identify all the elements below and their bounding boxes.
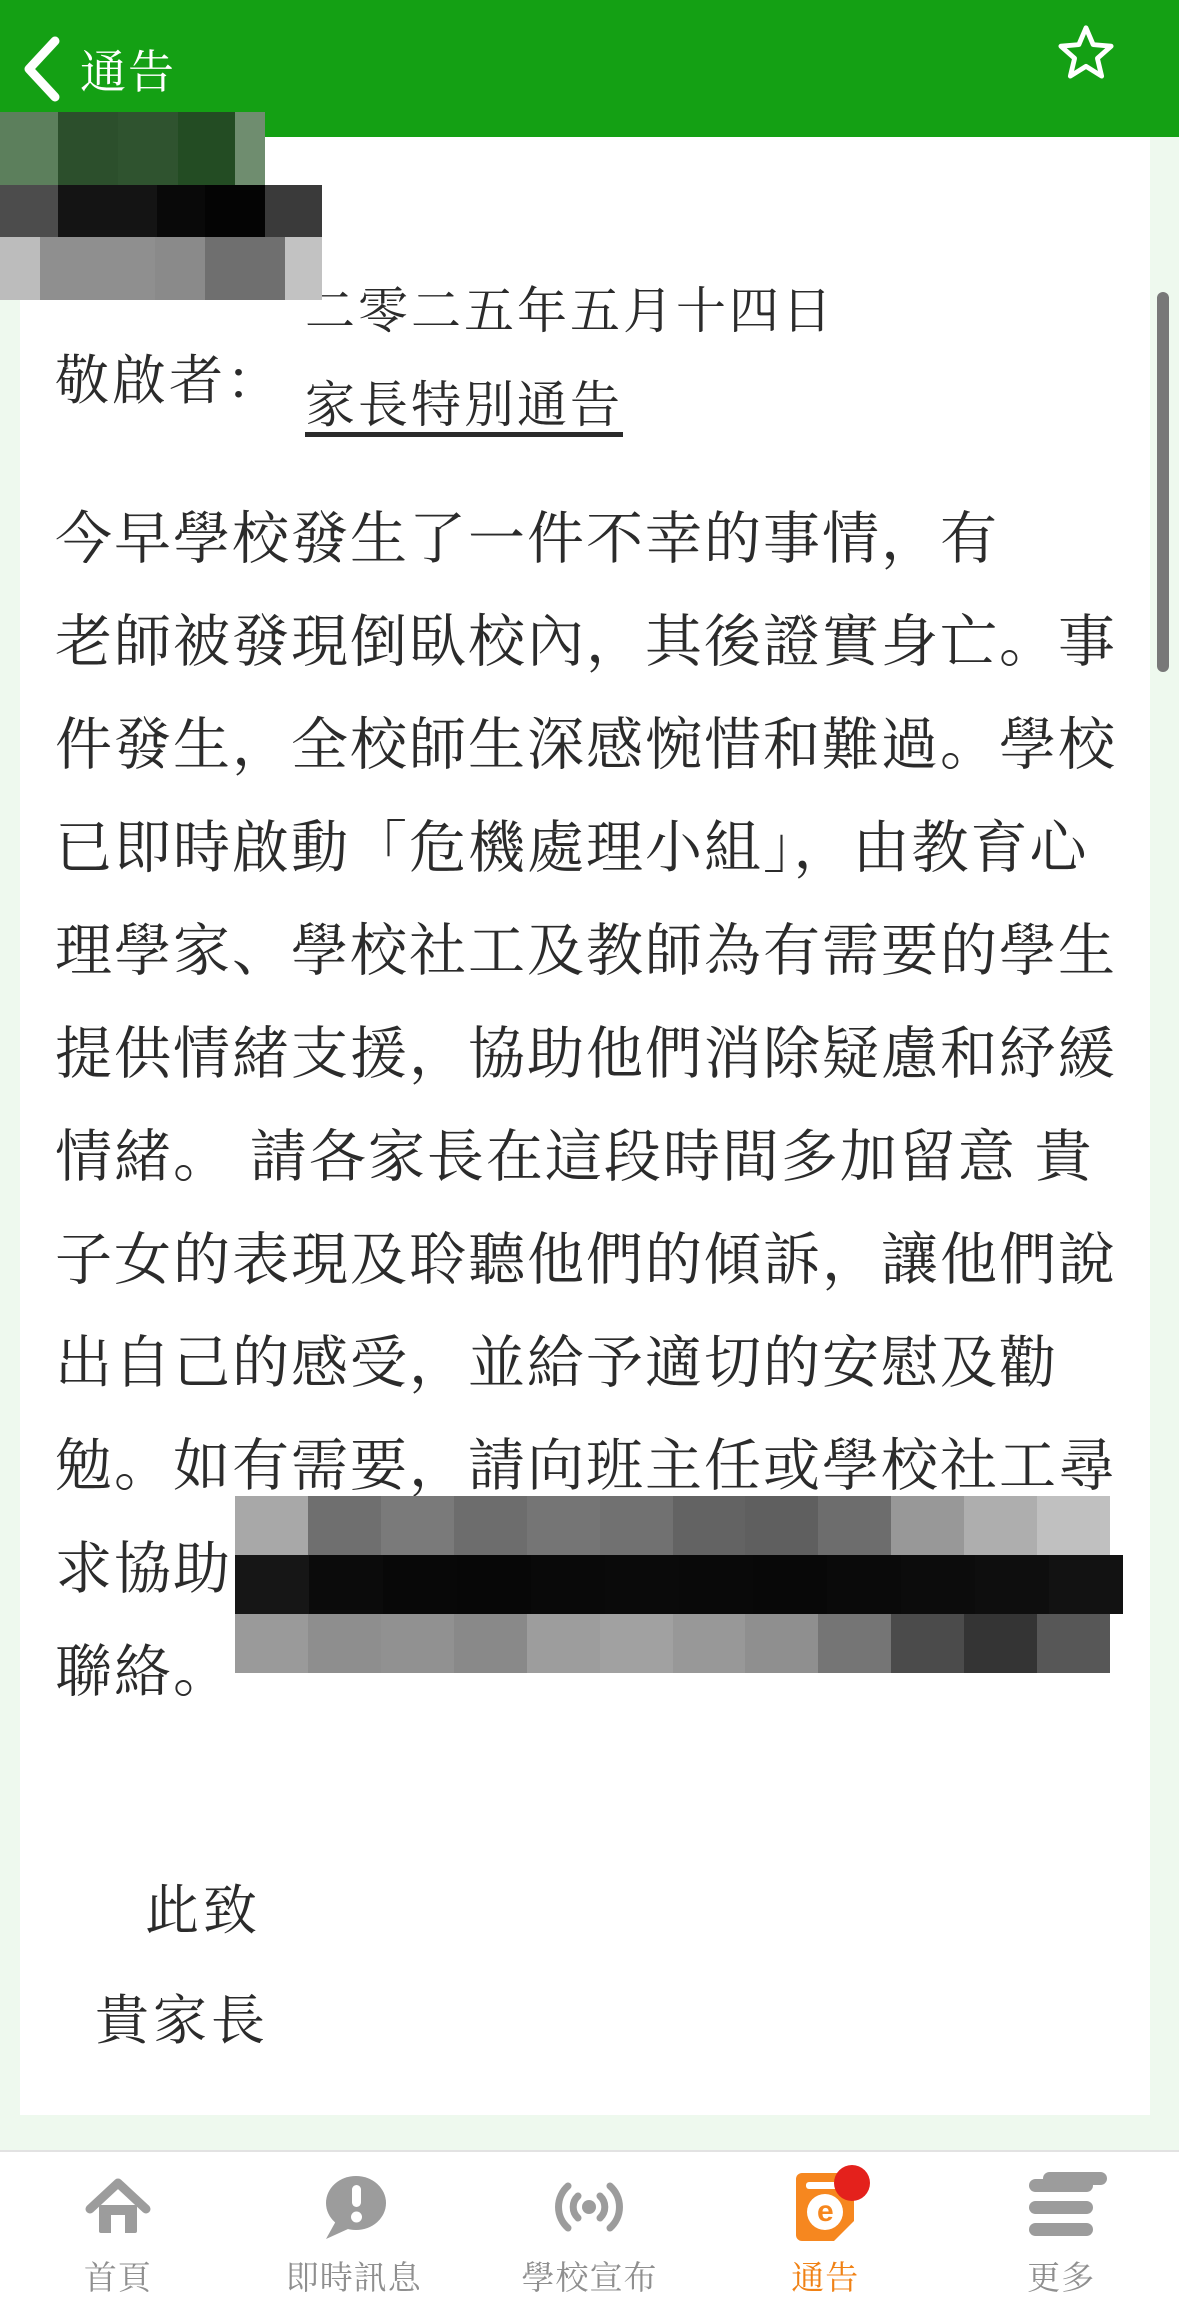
chevron-left-icon	[20, 34, 62, 104]
body-line: 已即時啟動「危機處理小組」，由教育心	[55, 797, 1145, 900]
notice-document-icon: e	[796, 2173, 854, 2241]
body-line: 出自己的感受，並給予適切的安慰及勸	[55, 1312, 1145, 1415]
body-line: 理學家、學校社工及教師為有需要的學生	[55, 900, 1145, 1003]
tab-messages[interactable]: 即時訊息	[236, 2152, 472, 2318]
contact-redaction	[235, 1496, 1110, 1673]
notice-date: 二零二五年五月十四日	[305, 280, 835, 342]
page-title: 通告	[80, 36, 176, 102]
closing: 此致	[145, 1868, 261, 1945]
back-button[interactable]	[20, 34, 62, 104]
tab-label: 通告	[791, 2252, 859, 2299]
tab-announcements[interactable]: 學校宣布	[472, 2152, 708, 2318]
tab-label: 學校宣布	[521, 2252, 657, 2299]
tab-bar: 首頁 即時訊息 學校宣布	[0, 2150, 1179, 2318]
addressee: 貴家長	[95, 1978, 269, 2055]
notice-title: 家長特別通告	[305, 374, 623, 436]
notification-badge	[834, 2165, 870, 2201]
tab-more[interactable]: 更多	[943, 2152, 1179, 2318]
school-name-redaction	[0, 112, 322, 300]
body-line: 今早學校發生了一件不幸的事情，有	[55, 488, 1145, 591]
tab-notices[interactable]: e 通告	[707, 2152, 943, 2318]
more-icon	[1029, 2179, 1093, 2236]
scrollbar[interactable]	[1157, 292, 1169, 672]
tab-label: 即時訊息	[286, 2252, 422, 2299]
salutation: 敬啟者：	[55, 338, 283, 415]
body-line: 件發生，全校師生深感惋惜和難過。學校	[55, 694, 1145, 797]
tab-label: 首頁	[84, 2252, 152, 2299]
broadcast-icon	[551, 2171, 627, 2243]
favorite-button[interactable]	[1057, 22, 1115, 80]
body-line: 老師被發現倒臥校內，其後證實身亡。事	[55, 591, 1145, 694]
body-line: 提供情緒支援，協助他們消除疑慮和紓緩	[55, 1003, 1145, 1106]
body-line: 子女的表現及聆聽他們的傾訴，讓他們說	[55, 1209, 1145, 1312]
star-icon	[1057, 22, 1115, 80]
body-line: 情緒。 請各家長在這段時間多加留意 貴	[55, 1106, 1145, 1209]
notification-badge	[1043, 2172, 1107, 2185]
chat-alert-icon	[316, 2171, 392, 2243]
tab-home[interactable]: 首頁	[0, 2152, 236, 2318]
tab-label: 更多	[1027, 2252, 1095, 2299]
home-icon	[82, 2171, 154, 2243]
